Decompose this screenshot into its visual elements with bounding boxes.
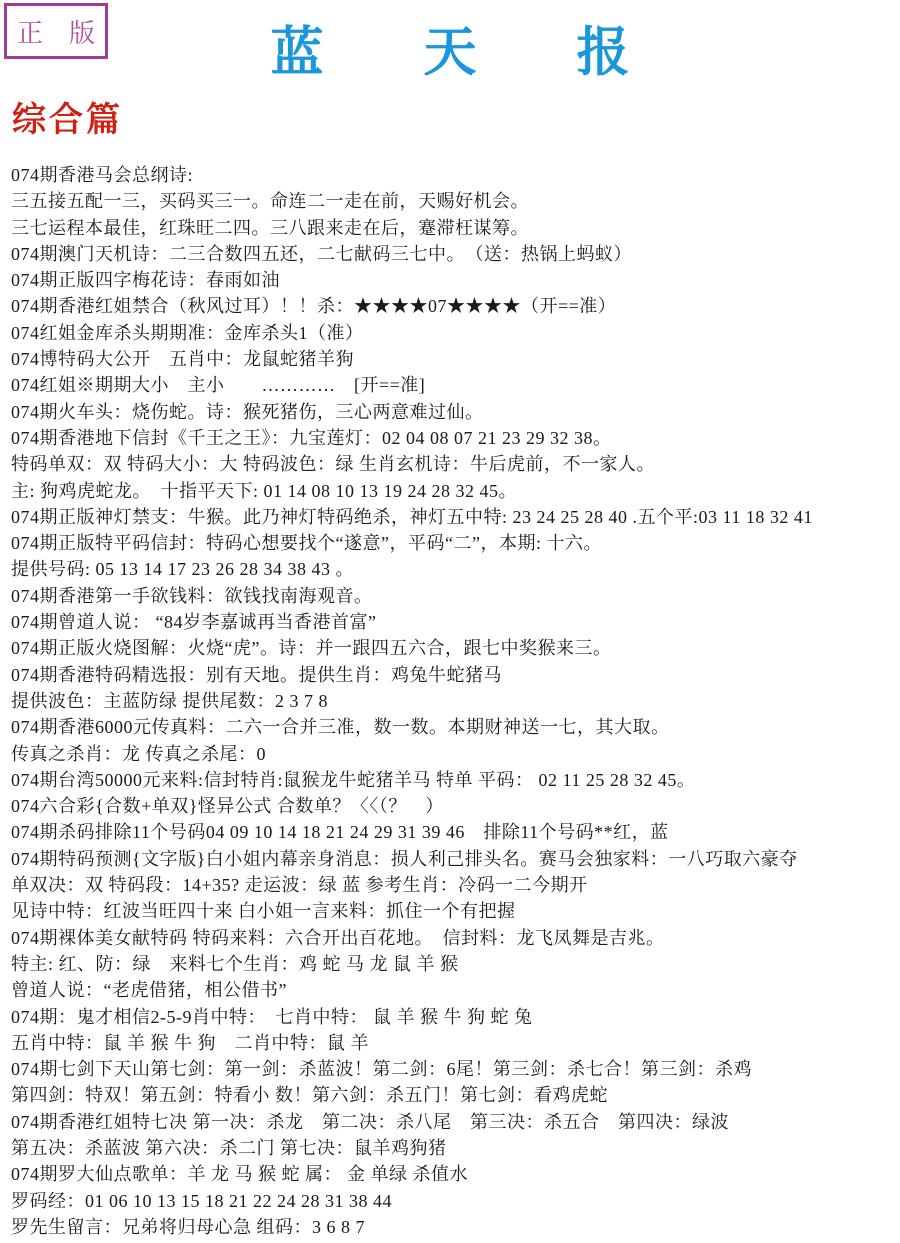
text-line: 提供号码: 05 13 14 17 23 26 28 34 38 43 。 (11, 556, 898, 582)
text-line: 第五决：杀蓝波 第六决：杀二门 第七决：鼠羊鸡狗猪 (11, 1135, 898, 1161)
text-line: 第四剑：特双！第五剑：特看小 数！第六剑：杀五门！第七剑：看鸡虎蛇 (11, 1082, 898, 1108)
text-line: 三七运程本最佳，红珠旺二四。三八跟来走在后，蹇滞枉谋筹。 (11, 215, 898, 241)
text-line: 提供波色：主蓝防绿 提供尾数：2 3 7 8 (11, 688, 898, 714)
text-line: 074期火车头：烧伤蛇。诗：猴死猪伤，三心两意难过仙。 (11, 399, 898, 425)
text-line: 074期香港特码精选报：别有天地。提供生肖：鸡兔牛蛇猪马 (11, 662, 898, 688)
text-line: 特码单双：双 特码大小：大 特码波色：绿 生肖玄机诗：牛后虎前，不一家人。 (11, 451, 898, 477)
text-line: 074期香港红姐禁合（秋风过耳）！！杀：★★★★07★★★★（开==准） (11, 293, 898, 319)
text-line: 074期：鬼才相信2-5-9肖中特： 七肖中特： 鼠 羊 猴 牛 狗 蛇 兔 (11, 1004, 898, 1030)
text-line: 074期罗大仙点歌单：羊 龙 马 猴 蛇 属： 金 单绿 杀值水 (11, 1161, 898, 1187)
text-line: 074期香港6000元传真料：二六一合并三准，数一数。本期财神送一七，其大取。 (11, 714, 898, 740)
text-line: 罗码经：01 06 10 13 15 18 21 22 24 28 31 38 … (11, 1188, 898, 1214)
text-line: 074期台湾50000元来料:信封特肖:鼠猴龙牛蛇猪羊马 特单 平码： 02 1… (11, 767, 898, 793)
text-line: 074期香港马会总纲诗: (11, 162, 898, 188)
newspaper-page: 正版 蓝天报 综合篇 074期香港马会总纲诗: 三五接五配一三，买码买三一。命连… (0, 0, 900, 1243)
text-line: 传真之杀肖：龙 传真之杀尾：0 (11, 741, 898, 767)
text-line: 074期裸体美女献特码 特码来料：六合开出百花地。 信封料：龙飞凤舞是吉兆。 (11, 925, 898, 951)
text-line: 074期正版神灯禁支：牛猴。此乃神灯特码绝杀，神灯五中特: 23 24 25 2… (11, 504, 898, 530)
text-line: 074六合彩{合数+单双}怪异公式 合数单？〈〈（？ ） (11, 793, 898, 819)
text-line: 074博特码大公开 五肖中：龙鼠蛇猪羊狗 (11, 346, 898, 372)
text-line: 074期杀码排除11个号码04 09 10 14 18 21 24 29 31 … (11, 819, 898, 845)
text-line: 074期香港地下信封《千王之王》：九宝莲灯：02 04 08 07 21 23 … (11, 425, 898, 451)
text-line: 五肖中特：鼠 羊 猴 牛 狗 二肖中特：鼠 羊 (11, 1030, 898, 1056)
text-line: 主: 狗鸡虎蛇龙。 十指平天下: 01 14 08 10 13 19 24 28… (11, 478, 898, 504)
text-line: 074期特码预测{文字版}白小姐内幕亲身消息：损人利己排头名。赛马会独家料：一八… (11, 846, 898, 872)
text-line: 074期澳门天机诗：二三合数四五还，二七献码三七中。 （送：热锅上蚂蚁） (11, 241, 898, 267)
text-line: 曾道人说：“老虎借猪，相公借书” (11, 977, 898, 1003)
text-line: 074红姐金库杀头期期准：金库杀头1（准） (11, 320, 898, 346)
text-line: 074红姐※期期大小 主小 ………… [开==准] (11, 372, 898, 398)
text-line: 罗先生留言：兄弟将归母心急 组码：3 6 8 7 (11, 1214, 898, 1240)
text-line: 特主: 红、防：绿 来料七个生肖：鸡 蛇 马 龙 鼠 羊 猴 (11, 951, 898, 977)
text-line: 074期香港红姐特七决 第一决：杀龙 第二决：杀八尾 第三决：杀五合 第四决：绿… (11, 1109, 898, 1135)
text-line: 074期七剑下天山第七剑：第一剑：杀蓝波！第二剑：6尾！第三剑：杀七合！第三剑：… (11, 1056, 898, 1082)
text-line: 见诗中特：红波当旺四十来 白小姐一言来料：抓住一个有把握 (11, 898, 898, 924)
text-line: 074期正版火烧图解：火烧“虎”。诗：并一跟四五六合，跟七中奖猴来三。 (11, 635, 898, 661)
page-title: 蓝天报 (0, 10, 900, 86)
text-line: 074期曾道人说： “84岁李嘉诚再当香港首富” (11, 609, 898, 635)
text-line: 单双决：双 特码段：14+35? 走运波：绿 蓝 参考生肖：冷码一二今期开 (11, 872, 898, 898)
tips-content: 074期香港马会总纲诗: 三五接五配一三，买码买三一。命连二一走在前，天赐好机会… (11, 162, 898, 1240)
section-title: 综合篇 (12, 92, 123, 141)
text-line: 074期正版特平码信封：特码心想要找个“遂意”，平码“二”，本期: 十六。 (11, 530, 898, 556)
text-line: 074期香港第一手欲钱料：欲钱找南海观音。 (11, 583, 898, 609)
text-line: 三五接五配一三，买码买三一。命连二一走在前，天赐好机会。 (11, 188, 898, 214)
text-line: 074期正版四字梅花诗：春雨如油 (11, 267, 898, 293)
